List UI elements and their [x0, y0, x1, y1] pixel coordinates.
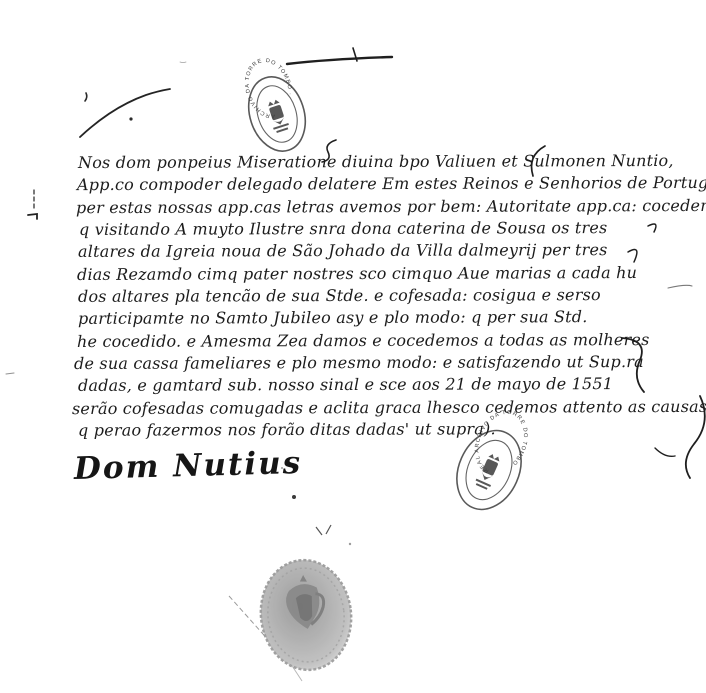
pen-stroke-curve: [80, 89, 170, 137]
manuscript-line: dos altares pla tencão de sua Stde. e co…: [78, 285, 601, 306]
manuscript-line: participamte no Samto Jubileo asy e plo …: [78, 307, 588, 328]
manuscript-line: serão cofesadas comugadas e aclita graca…: [72, 397, 706, 418]
margin-tick: [6, 190, 37, 374]
signature: Dom Nutius: [74, 445, 303, 487]
archive-stamp-right: REAL ARCHIVO DA TORRE DO TOMBO: [445, 399, 543, 519]
pen-stroke-cross: [287, 48, 392, 64]
manuscript-line: per estas nossas app.cas letras avemos p…: [76, 196, 706, 217]
manuscript-line: q visitando A muyto Ilustre snra dona ca…: [79, 218, 608, 239]
manuscript-line: altares da Igreia noua de São Johado da …: [78, 240, 608, 261]
manuscript-line: App.co compoder delegado delatere Em est…: [77, 173, 706, 194]
wax-seal: [255, 555, 358, 675]
manuscript-line: he cocedido. e Amesma Zea damos e cocede…: [77, 330, 650, 351]
archive-stamp-top: ARCHIVO DA TORRE DO TOMBO ·: [233, 50, 314, 158]
manuscript-line: q perao fazermos nos forão ditas dadas' …: [78, 419, 496, 439]
manuscript-line: de sua cassa fameliares e plo mesmo modo…: [74, 352, 644, 373]
manuscript-line: dias Rezamdo cimq pater nostres sco cimq…: [77, 263, 637, 284]
manuscript-line: dadas, e gamtard sub. nosso sinal e sce …: [78, 374, 613, 395]
manuscript-line: Nos dom ponpeius Miseratione diuina bpo …: [78, 151, 674, 172]
manuscript-page: ARCHIVO DA TORRE DO TOMBO · REAL ARCHIVO…: [0, 0, 706, 693]
stray-marks: [85, 62, 186, 121]
